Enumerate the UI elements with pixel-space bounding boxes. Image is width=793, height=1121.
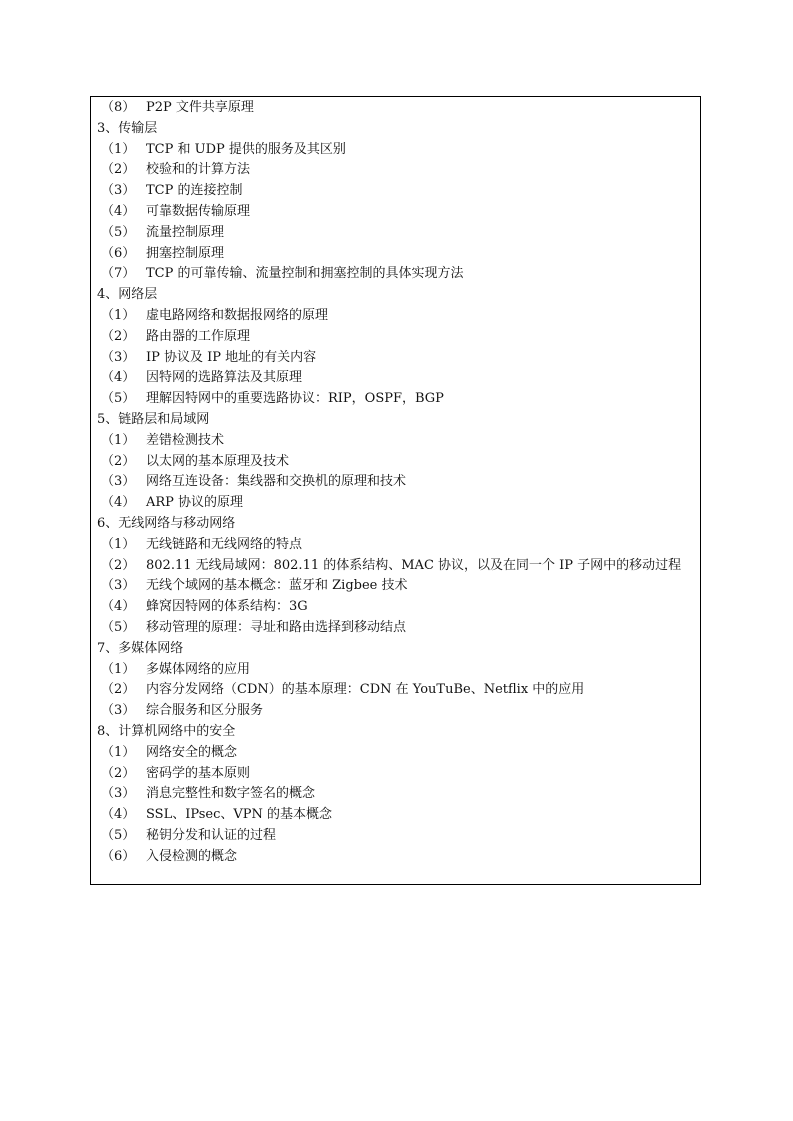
item-text: 入侵检测的概念 (146, 847, 237, 868)
item-text: 无线链路和无线网络的特点 (146, 535, 302, 556)
item-text: 路由器的工作原理 (146, 327, 250, 348)
list-item: （4）蜂窝因特网的体系结构：3G (91, 597, 700, 618)
item-number: （3） (101, 576, 135, 597)
item-number: （2） (101, 764, 135, 785)
list-item: （4）可靠数据传输原理 (91, 202, 700, 223)
list-item: （7）TCP 的可靠传输、流量控制和拥塞控制的具体实现方法 (91, 264, 700, 285)
list-item: （2）内容分发网络（CDN）的基本原理：CDN 在 YouTuBe、Netfli… (91, 680, 700, 701)
item-text: 密码学的基本原则 (146, 764, 250, 785)
item-number: （6） (101, 847, 135, 868)
item-number: （4） (101, 805, 135, 826)
item-text: 网络安全的概念 (146, 743, 237, 764)
list-item: （3）无线个域网的基本概念：蓝牙和 Zigbee 技术 (91, 576, 700, 597)
item-number: （5） (101, 826, 135, 847)
item-number: （6） (101, 244, 135, 265)
item-text: 802.11 无线局域网：802.11 的体系结构、MAC 协议，以及在同一个 … (146, 556, 681, 577)
list-item: （3）网络互连设备：集线器和交换机的原理和技术 (91, 472, 700, 493)
list-item: （2）校验和的计算方法 (91, 160, 700, 181)
item-number: （3） (101, 472, 135, 493)
item-number: （5） (101, 223, 135, 244)
item-number: （2） (101, 327, 135, 348)
item-number: （1） (101, 660, 135, 681)
list-item: （1）TCP 和 UDP 提供的服务及其区别 (91, 140, 700, 161)
item-text: 秘钥分发和认证的过程 (146, 826, 276, 847)
item-text: 理解因特网中的重要选路协议：RIP，OSPF，BGP (146, 389, 444, 410)
syllabus-list: （8）P2P 文件共享原理 3、传输层 （1）TCP 和 UDP 提供的服务及其… (91, 97, 700, 867)
item-number: （2） (101, 160, 135, 181)
item-text: 校验和的计算方法 (146, 160, 250, 181)
section-heading: 7、多媒体网络 (91, 639, 700, 660)
item-number: （1） (101, 743, 135, 764)
item-text: 内容分发网络（CDN）的基本原理：CDN 在 YouTuBe、Netflix 中… (146, 680, 584, 701)
item-number: （2） (101, 452, 135, 473)
item-text: ARP 协议的原理 (146, 493, 243, 514)
item-number: （1） (101, 306, 135, 327)
item-number: （5） (101, 389, 135, 410)
item-number: （3） (101, 701, 135, 722)
list-item: （2）路由器的工作原理 (91, 327, 700, 348)
item-text: 无线个域网的基本概念：蓝牙和 Zigbee 技术 (146, 576, 408, 597)
item-text: 多媒体网络的应用 (146, 660, 250, 681)
item-text: TCP 的可靠传输、流量控制和拥塞控制的具体实现方法 (146, 264, 464, 285)
item-text: 虚电路网络和数据报网络的原理 (146, 306, 328, 327)
list-item: （6）入侵检测的概念 (91, 847, 700, 868)
list-item: （4）ARP 协议的原理 (91, 493, 700, 514)
item-text: 蜂窝因特网的体系结构：3G (146, 597, 308, 618)
section-heading: 5、链路层和局域网 (91, 410, 700, 431)
item-text: 因特网的选路算法及其原理 (146, 368, 302, 389)
item-text: TCP 和 UDP 提供的服务及其区别 (146, 140, 346, 161)
list-item: （1）差错检测技术 (91, 431, 700, 452)
item-number: （5） (101, 618, 135, 639)
list-item: （4）因特网的选路算法及其原理 (91, 368, 700, 389)
list-item: （5）流量控制原理 (91, 223, 700, 244)
list-item: （6）拥塞控制原理 (91, 244, 700, 265)
list-item: （2）密码学的基本原则 (91, 764, 700, 785)
section-heading: 3、传输层 (91, 119, 700, 140)
list-item: （1）网络安全的概念 (91, 743, 700, 764)
list-item: （8）P2P 文件共享原理 (91, 98, 700, 119)
list-item: （2）以太网的基本原理及技术 (91, 452, 700, 473)
section-heading: 8、计算机网络中的安全 (91, 722, 700, 743)
list-item: （4）SSL、IPsec、VPN 的基本概念 (91, 805, 700, 826)
item-number: （2） (101, 556, 135, 577)
item-text: IP 协议及 IP 地址的有关内容 (146, 348, 316, 369)
item-number: （8） (101, 98, 135, 119)
item-number: （2） (101, 680, 135, 701)
item-text: 拥塞控制原理 (146, 244, 224, 265)
item-text: 网络互连设备：集线器和交换机的原理和技术 (146, 472, 406, 493)
section-heading: 6、无线网络与移动网络 (91, 514, 700, 535)
item-number: （7） (101, 264, 135, 285)
item-text: 可靠数据传输原理 (146, 202, 250, 223)
list-item: （5）移动管理的原理：寻址和路由选择到移动结点 (91, 618, 700, 639)
item-number: （3） (101, 784, 135, 805)
item-text: 综合服务和区分服务 (146, 701, 263, 722)
item-text: 差错检测技术 (146, 431, 224, 452)
item-text: SSL、IPsec、VPN 的基本概念 (146, 805, 332, 826)
item-text: 以太网的基本原理及技术 (146, 452, 289, 473)
list-item: （3）IP 协议及 IP 地址的有关内容 (91, 348, 700, 369)
list-item: （1）多媒体网络的应用 (91, 660, 700, 681)
item-text: 流量控制原理 (146, 223, 224, 244)
item-number: （3） (101, 181, 135, 202)
item-text: TCP 的连接控制 (146, 181, 243, 202)
item-number: （4） (101, 368, 135, 389)
section-heading: 4、网络层 (91, 285, 700, 306)
list-item: （1）虚电路网络和数据报网络的原理 (91, 306, 700, 327)
item-text: 消息完整性和数字签名的概念 (146, 784, 315, 805)
item-number: （3） (101, 348, 135, 369)
list-item: （1）无线链路和无线网络的特点 (91, 535, 700, 556)
item-number: （4） (101, 597, 135, 618)
list-item: （5）秘钥分发和认证的过程 (91, 826, 700, 847)
list-item: （5）理解因特网中的重要选路协议：RIP，OSPF，BGP (91, 389, 700, 410)
list-item: （2）802.11 无线局域网：802.11 的体系结构、MAC 协议，以及在同… (91, 556, 700, 577)
list-item: （3）消息完整性和数字签名的概念 (91, 784, 700, 805)
item-number: （1） (101, 431, 135, 452)
syllabus-table-cell: （8）P2P 文件共享原理 3、传输层 （1）TCP 和 UDP 提供的服务及其… (90, 96, 701, 885)
list-item: （3）综合服务和区分服务 (91, 701, 700, 722)
item-text: 移动管理的原理：寻址和路由选择到移动结点 (146, 618, 406, 639)
item-number: （4） (101, 202, 135, 223)
item-text: P2P 文件共享原理 (146, 98, 254, 119)
item-number: （1） (101, 140, 135, 161)
item-number: （1） (101, 535, 135, 556)
list-item: （3）TCP 的连接控制 (91, 181, 700, 202)
item-number: （4） (101, 493, 135, 514)
